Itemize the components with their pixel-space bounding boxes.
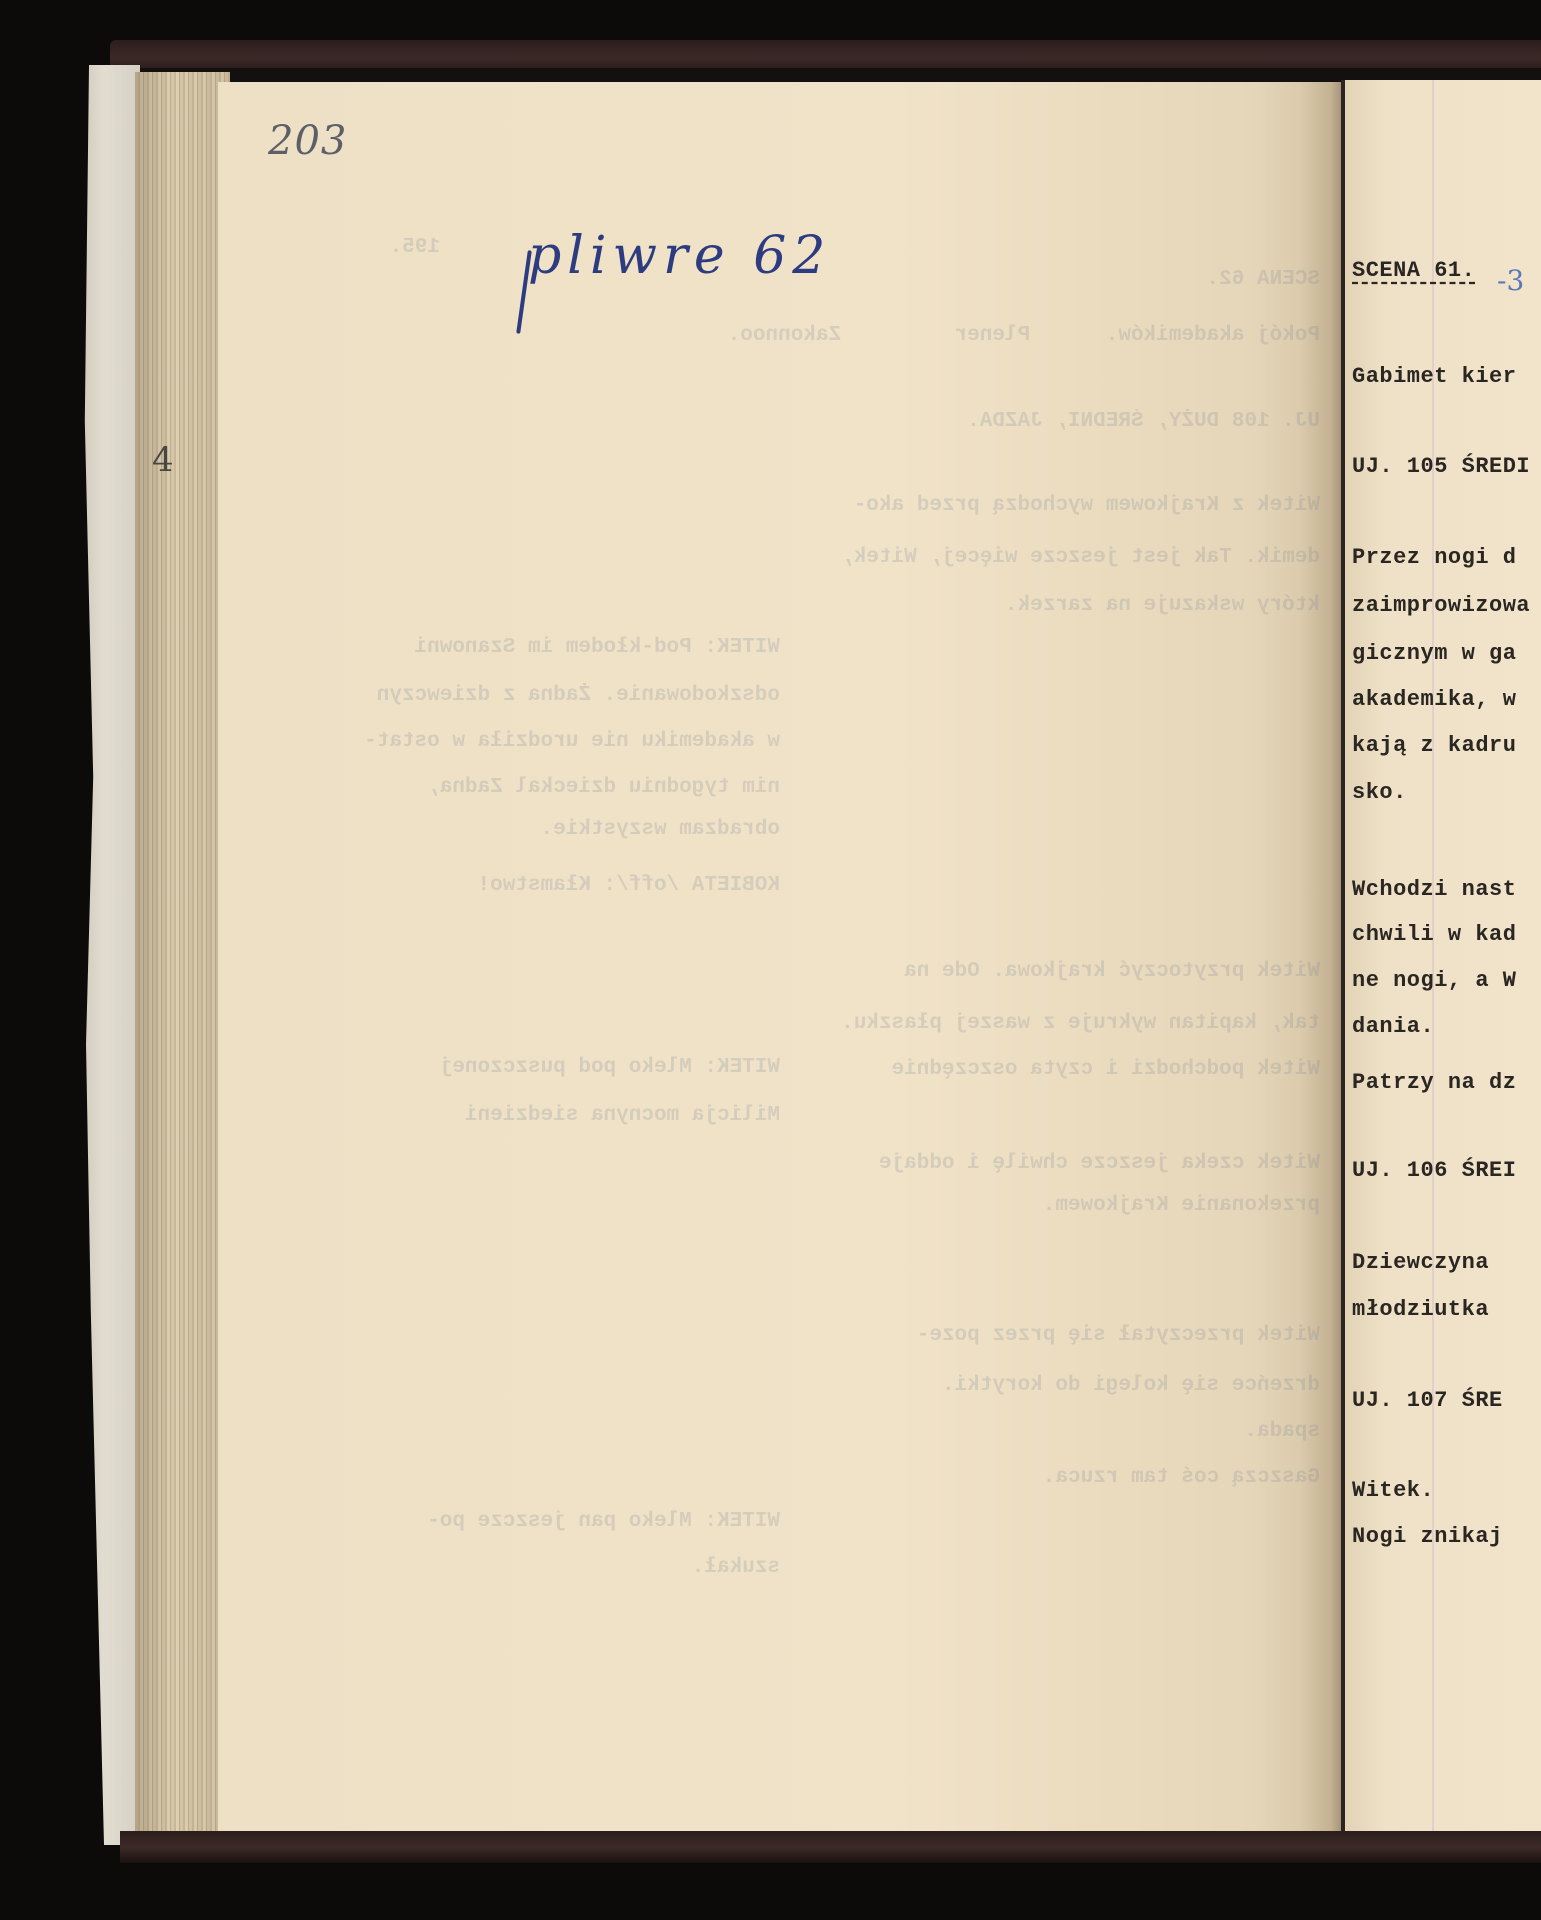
bleed-line: spada. [1240,1420,1320,1443]
script-line: Gabimet kier [1352,364,1516,389]
handwritten-scene-mark: -3 [1497,264,1524,297]
bleed-line: tak, kapitan wykruje z waszej płaszku. [740,1012,1320,1035]
bleed-line: Witek z Krajkowem wychodzą przed ako- [770,494,1320,517]
bleed-line: WITEK: Pod-kłodem im Szanowni [340,636,780,659]
script-line: młodziutka [1352,1297,1489,1322]
bleed-line: szukał. [690,1556,780,1579]
bleed-line: Pokój akademików. Plener Zakonnoo. [330,324,1320,347]
bleed-line: SCENA 62. [1190,268,1320,291]
bleed-line: drzeńce się kolegi do korytki. [830,1374,1320,1397]
bleed-line: nim tygodniu dzieckal Zadna, [340,776,780,799]
script-line: kają z kadru [1352,733,1516,758]
script-line: Nogi znikaj [1352,1524,1503,1549]
script-line: chwili w kad [1352,922,1516,947]
right-page [1345,80,1541,1832]
script-line: sko. [1352,780,1407,805]
fore-edge-shadow [135,72,230,1832]
bleed-line: przekonanie Krajkowem. [1000,1194,1320,1217]
bleed-line: Witek przeczytał się przez poze- [900,1324,1320,1347]
book-spine-shadow [130,68,1541,82]
bleed-line: odszkodowanie. Żadna z dziewczyn [290,684,780,707]
bleed-line: WITEK: Mleko pan jeszcze po- [300,1510,780,1533]
handwritten-note: pliwre 62 [528,226,831,286]
bleed-line: który wskazuje na zarzek. [970,594,1320,617]
bleed-line: UJ. 108 DUŻY, ŚREDNI, JAZDA. [890,410,1320,433]
script-line: Wchodzi nast [1352,877,1516,902]
script-line: dania. [1352,1014,1434,1039]
bleed-line: demik. Tak jest jeszcze więcej, Witek, [740,546,1320,569]
shot-heading: UJ. 106 ŚREI [1352,1158,1516,1183]
right-page-margin-line [1432,80,1434,1832]
shot-heading: UJ. 107 ŚRE [1352,1388,1503,1413]
bleed-line: Witek przytoczyć krajkowa. Ode na [840,960,1320,983]
bleed-line: obradzam wszystkie. [470,818,780,841]
script-line: ne nogi, a W [1352,968,1516,993]
binding-tape [80,65,140,1845]
script-line: Przez nogi d [1352,545,1516,570]
script-line: zaimprowizowa [1352,593,1530,618]
shot-heading: UJ. 105 ŚREDI [1352,454,1530,479]
bleed-line: Milicja mocnyna siedzieni [380,1104,780,1127]
bleed-line: Witek czeka jeszcze chwilę i oddaje [790,1152,1320,1175]
bleed-line: w akademiku nie urodziła w ostat- [262,730,780,753]
script-line: Witek. [1352,1478,1434,1503]
scene-heading: SCENA 61. [1352,258,1475,283]
script-line: gicznym w ga [1352,641,1516,666]
script-line: Patrzy na dz [1352,1070,1516,1095]
bleed-line: Gaszczą coś tam rzuca. [1020,1466,1320,1489]
fore-edge-pencil-mark: 4 [152,440,174,480]
script-line: akademika, w [1352,687,1516,712]
book-cover-bottom-edge [120,1831,1541,1863]
bleed-line: KOBIETA /off/: Kłamstwo! [400,874,780,897]
bleed-line: WITEK: Mleko pod puszczonej [360,1056,780,1079]
script-line: Dziewczyna [1352,1250,1489,1275]
bleed-line: Witek podchodzi i czyta oszczędnie [780,1058,1320,1081]
bleed-line: 195. [380,236,440,259]
handwritten-page-number: 203 [268,118,347,164]
